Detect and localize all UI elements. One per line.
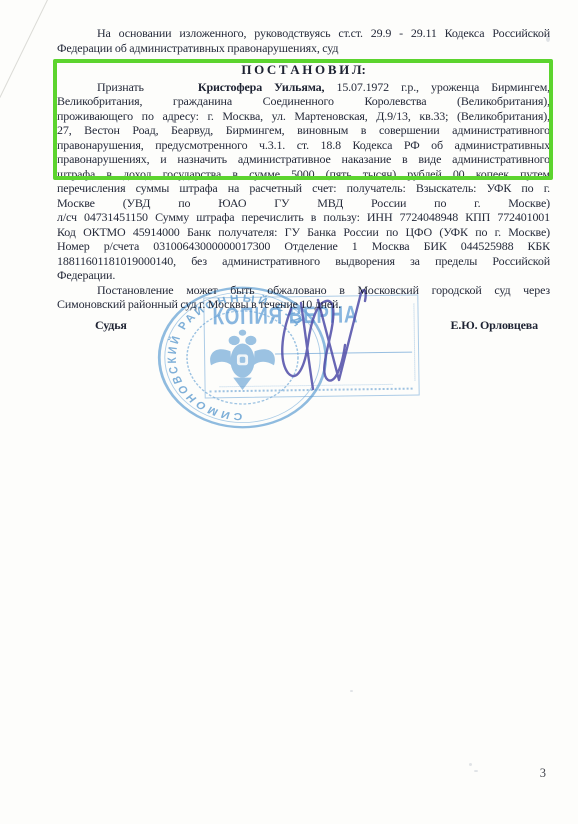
page-number: 3 xyxy=(516,766,546,781)
text-line: Москве (УВД по ЮАО ГУ МВД России по г. М… xyxy=(57,196,550,211)
stamp-fine-print xyxy=(220,384,393,387)
text-line: 18811601181019000140, без административн… xyxy=(57,254,550,269)
text-line: Код ОКТМО 45914000 Банк получателя: ГУ Б… xyxy=(57,225,550,240)
judge-label: Судья xyxy=(95,318,127,333)
document-page: На основании изложенного, руководствуясь… xyxy=(57,26,550,333)
text-line: проживающего по адресу: г. Москва, ул. М… xyxy=(57,109,550,124)
text-line: л/сч 04731451150 Сумму штрафа перечислит… xyxy=(57,210,550,225)
resolution-heading: П О С Т А Н О В И Л: xyxy=(57,63,550,78)
resolution-paragraph: Признать Кристофера Уильяма, 15.07.1972 … xyxy=(57,80,550,283)
intro-paragraph: На основании изложенного, руководствуясь… xyxy=(57,26,550,55)
text-line: штрафа в доход государства в сумме 5000 … xyxy=(57,167,550,182)
text-line: 27, Вестон Роад, Беарвуд, Бирмингем, вин… xyxy=(57,123,550,138)
text-line: Федерации об административных правонаруш… xyxy=(57,41,550,56)
coat-of-arms-eagle-icon xyxy=(210,330,275,390)
text-line: Великобритания, гражданина Соединенного … xyxy=(57,94,550,109)
scan-crease-line xyxy=(0,0,49,98)
text-line: Симоновский районный суд г. Москвы в теч… xyxy=(57,297,550,312)
text-line: перечисления суммы штрафа на расчетный с… xyxy=(57,181,550,196)
stamp-signature-line xyxy=(275,352,412,355)
text-line: правонарушениях, и назначить администрат… xyxy=(57,152,550,167)
text-line: Признать Кристофера Уильяма, 15.07.1972 … xyxy=(57,80,550,95)
scan-speck xyxy=(469,763,472,766)
text-line: правонарушения, предусмотренного ч.3.1. … xyxy=(57,138,550,153)
text-line: Номер р/счета 03100643000000017300 Отдел… xyxy=(57,239,550,254)
appeal-paragraph: Постановление может быть обжаловано в Мо… xyxy=(57,283,550,312)
text-line: Федерации. xyxy=(57,268,550,283)
scan-speck xyxy=(350,690,353,692)
stamp-fine-print xyxy=(210,388,413,393)
text-line: Постановление может быть обжаловано в Мо… xyxy=(57,283,550,298)
judge-name: Е.Ю. Орловцева xyxy=(451,318,538,333)
text-line: На основании изложенного, руководствуясь… xyxy=(57,26,550,41)
signature-row: Судья Е.Ю. Орловцева xyxy=(57,318,550,333)
scan-speck xyxy=(474,770,478,772)
